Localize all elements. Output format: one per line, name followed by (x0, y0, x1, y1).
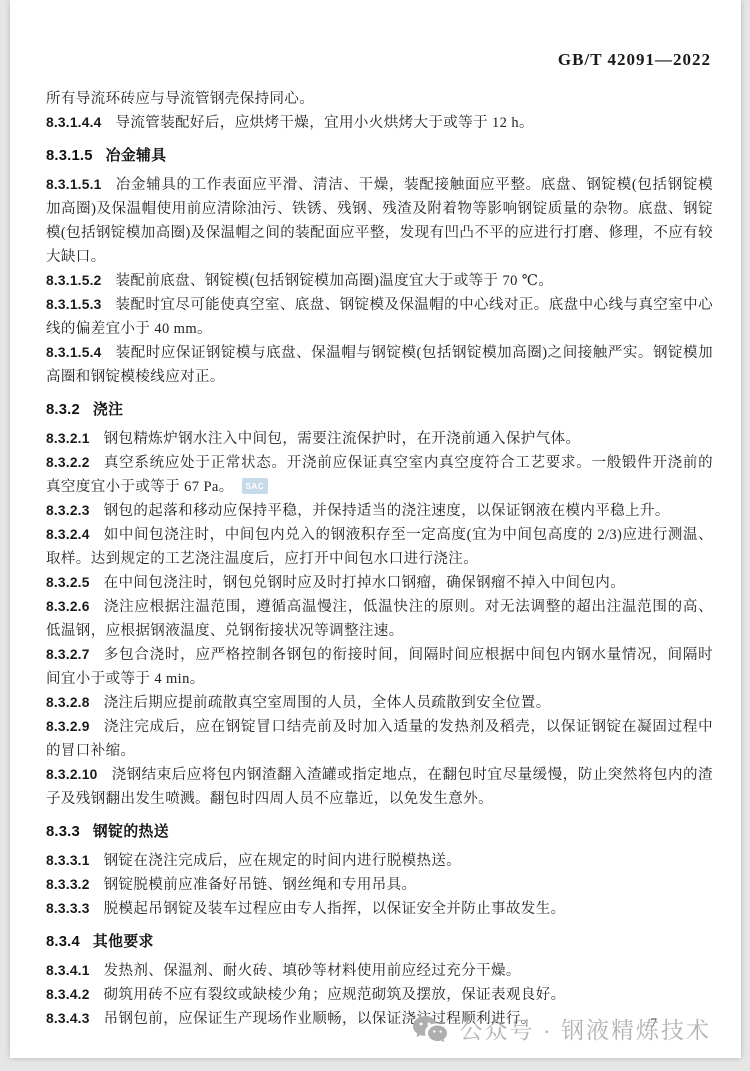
clause-paragraph: 8.3.2.5在中间包浇注时，钢包兑钢时应及时打掉水口钢瘤，确保钢瘤不掉入中间包… (46, 571, 713, 595)
clause-paragraph: 所有导流环砖应与导流管钢壳保持同心。 (46, 87, 713, 111)
clause-number: 8.3.4.1 (46, 963, 90, 978)
clause-text: 装配时应保证钢锭模与底盘、保温帽与钢锭模(包括钢锭模加高圈)之间接触严实。钢锭模… (46, 345, 713, 385)
clause-number: 8.3.1.5.3 (46, 297, 102, 312)
clause-number: 8.3.2.10 (46, 767, 97, 782)
clause-text: 装配前底盘、钢锭模(包括钢锭模加高圈)温度宜大于或等于 70 ℃。 (116, 273, 554, 289)
clause-text: 如中间包浇注时，中间包内兑入的钢液积存至一定高度(宜为中间包高度的 2/3)应进… (46, 527, 713, 567)
clause-text: 所有导流环砖应与导流管钢壳保持同心。 (46, 91, 314, 107)
section-number: 8.3.4 (46, 934, 80, 950)
clause-text: 真空系统应处于正常状态。开浇前应保证真空室内真空度符合工艺要求。一般锻件开浇前的… (46, 455, 713, 495)
clause-text: 钢锭在浇注完成后，应在规定的时间内进行脱模热送。 (104, 853, 462, 869)
watermark-text: 公众号 · 钢液精炼技术 (460, 1012, 711, 1045)
clause-text: 发热剂、保温剂、耐火砖、填砂等材料使用前应经过充分干燥。 (104, 963, 521, 979)
clause-paragraph: 8.3.3.2钢锭脱模前应准备好吊链、钢丝绳和专用吊具。 (46, 873, 713, 897)
clause-paragraph: 8.3.2.6浇注应根据注温范围，遵循高温慢注，低温快注的原则。对无法调整的超出… (46, 595, 713, 643)
clause-text: 多包合浇时，应严格控制各钢包的衔接时间，间隔时间应根据中间包内钢水量情况，间隔时… (46, 647, 713, 687)
clause-paragraph: 8.3.4.1发热剂、保温剂、耐火砖、填砂等材料使用前应经过充分干燥。 (46, 959, 713, 983)
clause-number: 8.3.2.3 (46, 503, 90, 518)
clause-text: 浇注应根据注温范围，遵循高温慢注，低温快注的原则。对无法调整的超出注温范围的高、… (46, 599, 713, 639)
section-title: 冶金辅具 (106, 148, 167, 164)
section-title: 浇注 (93, 402, 123, 418)
clause-text: 钢包精炼炉钢水注入中间包，需要注流保护时，在开浇前通入保护气体。 (104, 431, 581, 447)
clause-paragraph: 8.3.2.2真空系统应处于正常状态。开浇前应保证真空室内真空度符合工艺要求。一… (46, 451, 713, 499)
clause-paragraph: 8.3.2.10浇钢结束后应将包内钢渣翻入渣罐或指定地点，在翻包时宜尽量缓慢，防… (46, 763, 713, 811)
clause-text: 装配时宜尽可能使真空室、底盘、钢锭模及保温帽的中心线对正。底盘中心线与真空室中心… (46, 297, 713, 337)
clause-number: 8.3.2.4 (46, 527, 90, 542)
clause-paragraph: 8.3.2.1钢包精炼炉钢水注入中间包，需要注流保护时，在开浇前通入保护气体。 (46, 427, 713, 451)
clause-number: 8.3.2.8 (46, 695, 90, 710)
clause-paragraph: 8.3.2.7多包合浇时，应严格控制各钢包的衔接时间，间隔时间应根据中间包内钢水… (46, 643, 713, 691)
section-title: 其他要求 (93, 934, 154, 950)
clause-paragraph: 8.3.1.5.2装配前底盘、钢锭模(包括钢锭模加高圈)温度宜大于或等于 70 … (46, 269, 713, 293)
clause-number: 8.3.4.3 (46, 1011, 90, 1026)
section-number: 8.3.3 (46, 824, 80, 840)
section-heading: 8.3.4其他要求 (46, 930, 713, 954)
clause-number: 8.3.2.1 (46, 431, 90, 446)
clause-number: 8.3.1.5.4 (46, 345, 102, 360)
clause-text: 浇注后期应提前疏散真空室周围的人员，全体人员疏散到安全位置。 (104, 695, 551, 711)
clause-paragraph: 8.3.2.9浇注完成后，应在钢锭冒口结壳前及时加入适量的发热剂及稻壳，以保证钢… (46, 715, 713, 763)
clause-paragraph: 8.3.1.5.3装配时宜尽可能使真空室、底盘、钢锭模及保温帽的中心线对正。底盘… (46, 293, 713, 341)
clause-paragraph: 8.3.2.8浇注后期应提前疏散真空室周围的人员，全体人员疏散到安全位置。 (46, 691, 713, 715)
section-heading: 8.3.2浇注 (46, 398, 713, 422)
clause-paragraph: 8.3.1.4.4导流管装配好后，应烘烤干燥，宜用小火烘烤大于或等于 12 h。 (46, 111, 713, 135)
clause-paragraph: 8.3.2.3钢包的起落和移动应保持平稳，并保持适当的浇注速度，以保证钢液在模内… (46, 499, 713, 523)
clause-number: 8.3.1.5.1 (46, 177, 102, 192)
clause-paragraph: 8.3.1.5.1冶金辅具的工作表面应平滑、清洁、干燥，装配接触面应平整。底盘、… (46, 173, 713, 269)
clause-paragraph: 8.3.1.5.4装配时应保证钢锭模与底盘、保温帽与钢锭模(包括钢锭模加高圈)之… (46, 341, 713, 389)
clause-paragraph: 8.3.3.3脱模起吊钢锭及装车过程应由专人指挥，以保证安全并防止事故发生。 (46, 897, 713, 921)
section-number: 8.3.1.5 (46, 148, 93, 164)
clause-text: 钢锭脱模前应准备好吊链、钢丝绳和专用吊具。 (104, 877, 417, 893)
doc-number: GB/T 42091—2022 (46, 50, 713, 70)
clause-number: 8.3.3.3 (46, 901, 90, 916)
clause-text: 砌筑用砖不应有裂纹或缺棱少角；应规范砌筑及摆放，保证表观良好。 (104, 987, 566, 1003)
clause-number: 8.3.2.9 (46, 719, 90, 734)
clause-number: 8.3.3.1 (46, 853, 90, 868)
section-heading: 8.3.1.5冶金辅具 (46, 144, 713, 168)
document-content: 所有导流环砖应与导流管钢壳保持同心。 8.3.1.4.4导流管装配好后，应烘烤干… (46, 87, 713, 1031)
clause-paragraph: 8.3.4.2砌筑用砖不应有裂纹或缺棱少角；应规范砌筑及摆放，保证表观良好。 (46, 983, 713, 1007)
clause-text: 钢包的起落和移动应保持平稳，并保持适当的浇注速度，以保证钢液在模内平稳上升。 (104, 503, 670, 519)
footer-watermark: 公众号 · 钢液精炼技术 (412, 1012, 711, 1045)
clause-number: 8.3.2.2 (46, 455, 90, 470)
clause-paragraph: 8.3.2.4如中间包浇注时，中间包内兑入的钢液积存至一定高度(宜为中间包高度的… (46, 523, 713, 571)
wechat-icon (412, 1014, 448, 1044)
clause-number: 8.3.1.4.4 (46, 115, 102, 130)
document-page: GB/T 42091—2022 所有导流环砖应与导流管钢壳保持同心。 8.3.1… (10, 0, 741, 1058)
clause-number: 8.3.2.5 (46, 575, 90, 590)
sac-logo-watermark: SAC (242, 478, 268, 494)
section-number: 8.3.2 (46, 402, 80, 418)
section-title: 钢锭的热送 (93, 824, 169, 840)
clause-text: 在中间包浇注时，钢包兑钢时应及时打掉水口钢瘤，确保钢瘤不掉入中间包内。 (104, 575, 626, 591)
section-heading: 8.3.3钢锭的热送 (46, 820, 713, 844)
clause-paragraph: 8.3.3.1钢锭在浇注完成后，应在规定的时间内进行脱模热送。 (46, 849, 713, 873)
clause-text: 脱模起吊钢锭及装车过程应由专人指挥，以保证安全并防止事故发生。 (104, 901, 566, 917)
clause-number: 8.3.4.2 (46, 987, 90, 1002)
clause-text: 浇钢结束后应将包内钢渣翻入渣罐或指定地点，在翻包时宜尽量缓慢，防止突然将包内的渣… (46, 767, 713, 807)
clause-number: 8.3.3.2 (46, 877, 90, 892)
clause-number: 8.3.2.6 (46, 599, 90, 614)
clause-number: 8.3.1.5.2 (46, 273, 102, 288)
clause-text: 冶金辅具的工作表面应平滑、清洁、干燥，装配接触面应平整。底盘、钢锭模(包括钢锭模… (46, 177, 713, 265)
clause-text: 导流管装配好后，应烘烤干燥，宜用小火烘烤大于或等于 12 h。 (116, 115, 534, 131)
clause-number: 8.3.2.7 (46, 647, 90, 662)
clause-text: 浇注完成后，应在钢锭冒口结壳前及时加入适量的发热剂及稻壳，以保证钢锭在凝固过程中… (46, 719, 713, 759)
